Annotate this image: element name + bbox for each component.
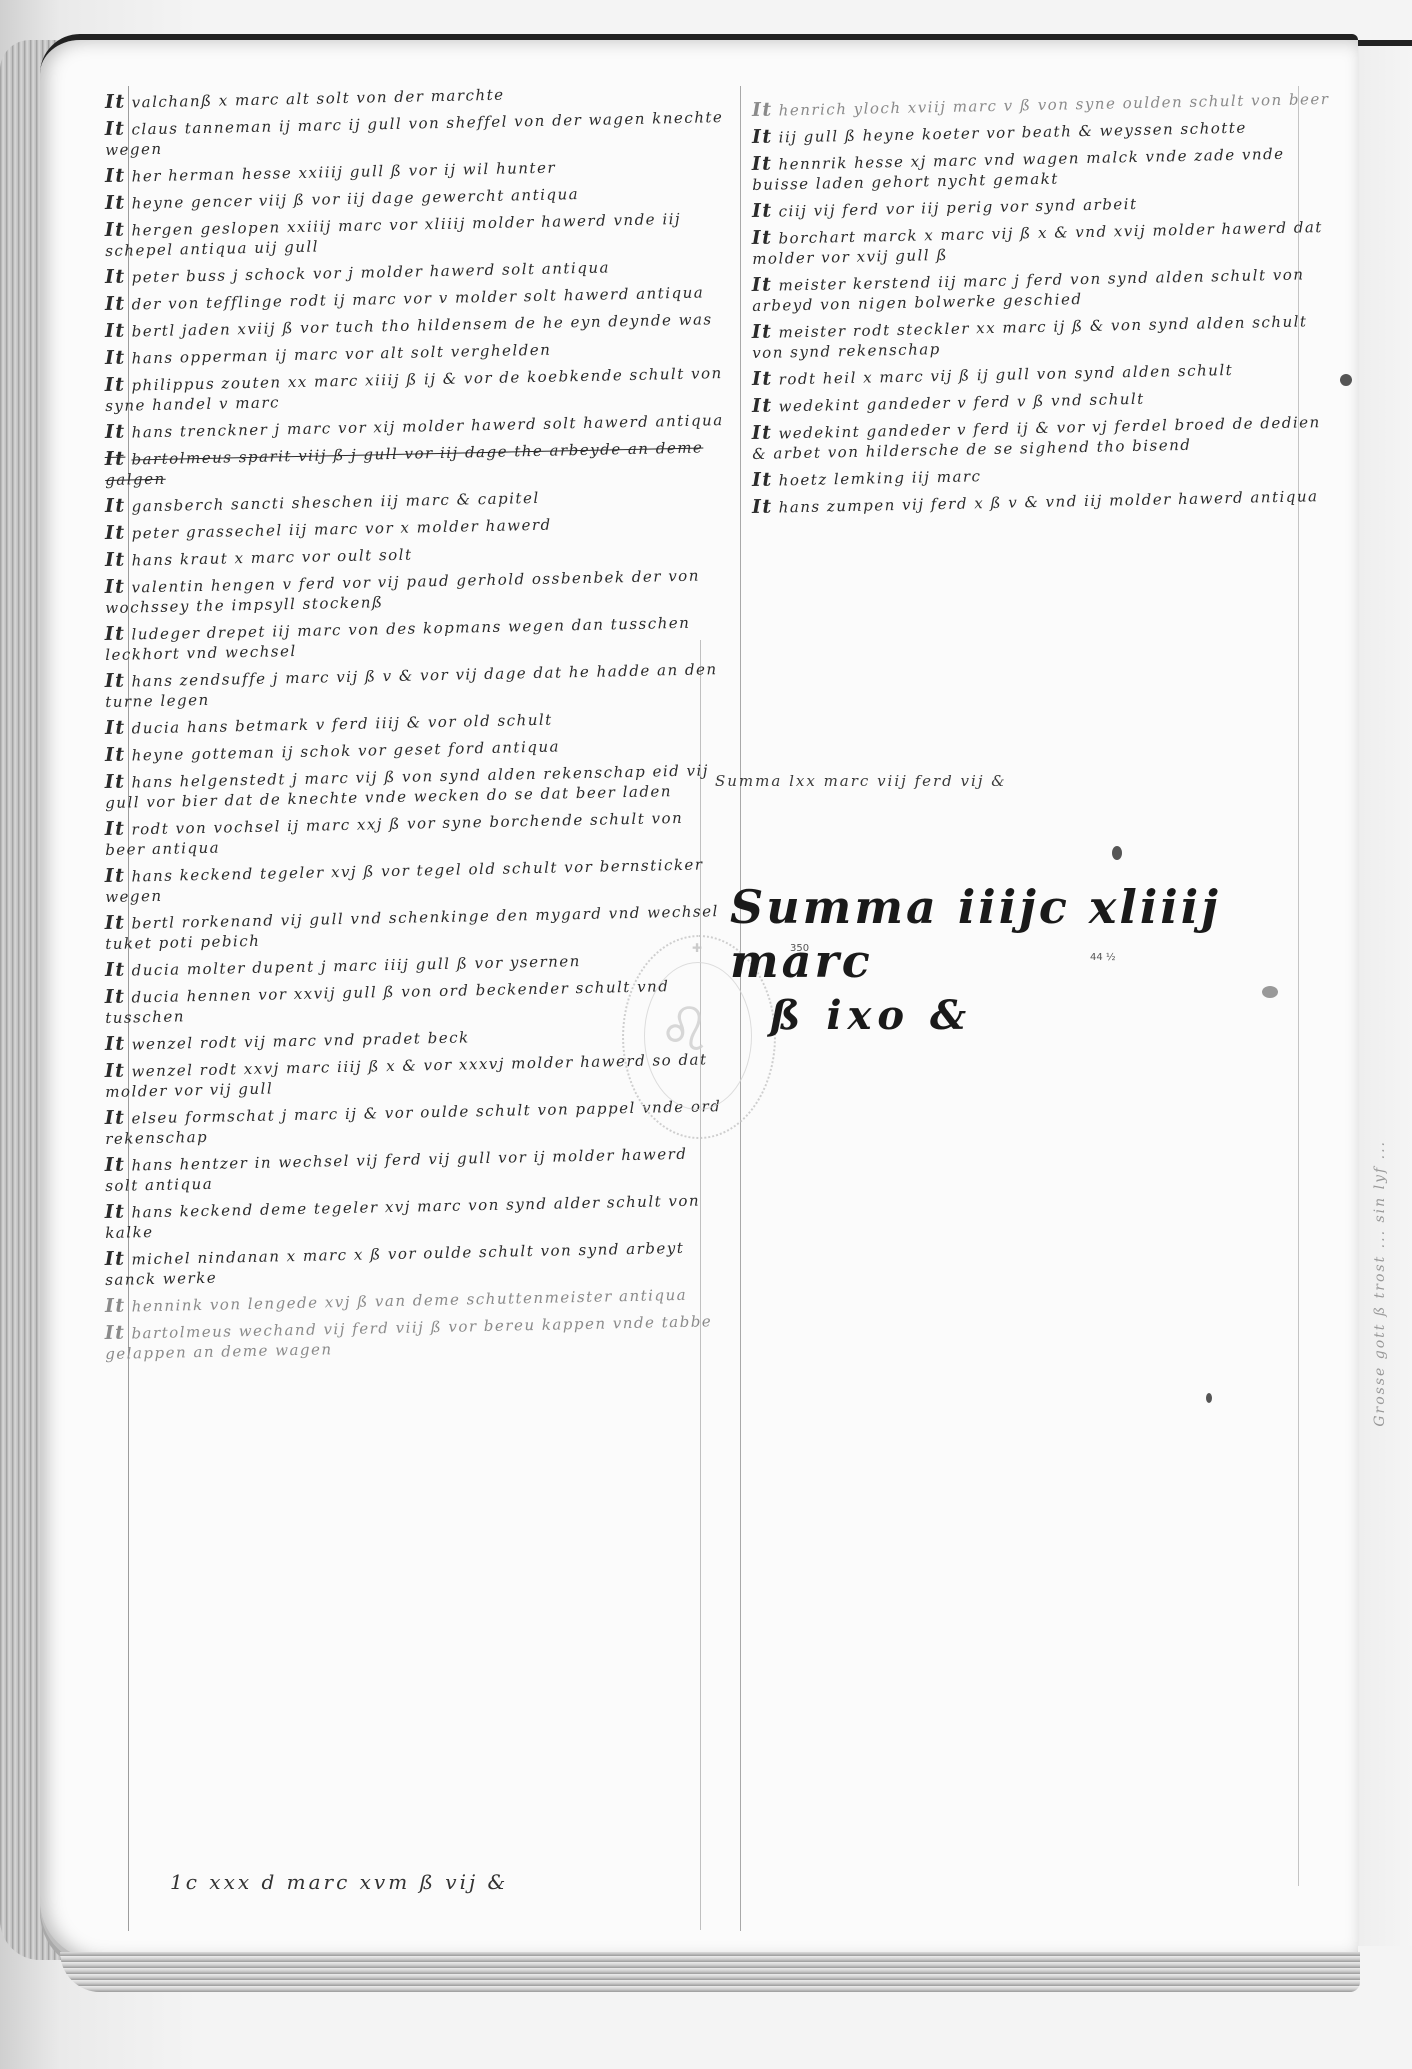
entry-item-marker: It: [752, 126, 773, 148]
entry-text: hans hentzer in wechsel vij ferd vij gul…: [105, 1145, 688, 1195]
entry-text: hans opperman ij marc vor alt solt vergh…: [131, 341, 551, 368]
entry-text: elseu formschat j marc ij & vor oulde sc…: [105, 1097, 721, 1148]
ledger-entry: Itbartolmeus wechand vij ferd viij ß vor…: [105, 1310, 726, 1364]
entry-item-marker: It: [105, 165, 126, 187]
entry-item-marker: It: [105, 623, 126, 645]
entry-item-marker: It: [105, 219, 126, 241]
ledger-entry: Itrodt von vochsel ij marc xxj ß vor syn…: [105, 806, 726, 860]
entry-item-marker: It: [105, 91, 126, 113]
ledger-entry: Itmichel nindanan x marc x ß vor oulde s…: [105, 1236, 726, 1290]
entry-text: hennink von lengede xvj ß van deme schut…: [131, 1286, 687, 1316]
entry-text: borchart marck x marc vij ß x & vnd xvij…: [752, 218, 1323, 268]
entry-item-marker: It: [105, 320, 126, 342]
entry-item-marker: It: [105, 1322, 126, 1344]
entry-text: wedekint gandeder v ferd v ß vnd schult: [778, 390, 1144, 416]
ink-blot: [1262, 986, 1278, 998]
ledger-entry: Itelseu formschat j marc ij & vor oulde …: [105, 1095, 726, 1149]
entry-item-marker: It: [105, 522, 126, 544]
ledger-entry: Itludeger drepet iij marc von des kopman…: [105, 611, 726, 665]
entry-item-marker: It: [105, 670, 126, 692]
entry-text: iij gull ß heyne koeter vor beath & weys…: [778, 119, 1246, 147]
ledger-entry: Ithans zumpen vij ferd x ß v & vnd iij m…: [752, 485, 1332, 518]
entry-item-marker: It: [105, 1060, 126, 1082]
entry-text: valchanß x marc alt solt von der marchte: [131, 86, 504, 112]
cross-icon: ✚: [692, 941, 702, 955]
entry-item-marker: It: [752, 496, 773, 518]
entry-item-marker: It: [105, 448, 126, 470]
entry-item-marker: It: [752, 153, 773, 175]
entry-item-marker: It: [105, 1295, 126, 1317]
entry-item-marker: It: [105, 1033, 126, 1055]
ledger-entry: Itbertl rorkenand vij gull vnd schenking…: [105, 900, 726, 954]
ledger-entry: Ithennrik hesse xj marc vnd wagen malck …: [752, 142, 1333, 195]
entry-item-marker: It: [105, 717, 126, 739]
entry-item-marker: It: [752, 227, 773, 249]
entry-item-marker: It: [105, 1248, 126, 1270]
entry-text: hergen geslopen xxiiij marc vor xliiij m…: [105, 210, 681, 260]
entry-text: hans keckend deme tegeler xvj marc von s…: [105, 1192, 700, 1242]
grand-total-line-1: Summa iiijc xliiij marc: [730, 880, 1330, 988]
entry-item-marker: It: [752, 469, 773, 491]
entry-text: her herman hesse xxiiij gull ß vor ij wi…: [131, 159, 556, 186]
entry-text: bartolmeus wechand vij ferd viij ß vor b…: [105, 1312, 712, 1363]
book-page-stack-bottom: [60, 1952, 1360, 1992]
ledger-entry: Itvalentin hengen v ferd vor vij paud ge…: [105, 564, 726, 618]
entry-text: hennrik hesse xj marc vnd wagen malck vn…: [752, 145, 1285, 194]
entry-item-marker: It: [105, 1201, 126, 1223]
entry-text: rodt heil x marc vij ß ij gull von synd …: [778, 361, 1233, 389]
ledger-entry: Itbartolmeus sparit viij ß j gull vor ii…: [105, 436, 726, 490]
entry-item-marker: It: [105, 576, 126, 598]
entry-text: ludeger drepet iij marc von des kopmans …: [105, 614, 690, 664]
entry-text: ducia molter dupent j marc iiij gull ß v…: [131, 952, 581, 979]
entry-item-marker: It: [105, 374, 126, 396]
footer-total: 1c xxx d marc xvm ß vij &: [170, 1870, 508, 1894]
entry-item-marker: It: [105, 865, 126, 887]
entry-text: wenzel rodt vij marc vnd pradet beck: [131, 1028, 469, 1053]
entry-item-marker: It: [105, 347, 126, 369]
lion-icon: ♌: [658, 995, 712, 1065]
entry-item-marker: It: [105, 266, 126, 288]
entry-text: peter grassechel iij marc vor x molder h…: [131, 516, 551, 543]
entry-item-marker: It: [105, 421, 126, 443]
entry-item-marker: It: [752, 422, 773, 444]
entry-text: bertl rorkenand vij gull vnd schenkinge …: [105, 902, 719, 953]
entry-item-marker: It: [105, 771, 126, 793]
ledger-entry: Itphilippus zouten xx marc xiiij ß ij & …: [105, 362, 726, 416]
entry-text: bartolmeus sparit viij ß j gull vor iij …: [105, 438, 703, 489]
grand-total-line-2: ß ixo &: [770, 992, 1330, 1039]
entry-item-marker: It: [752, 99, 773, 121]
entry-item-marker: It: [105, 495, 126, 517]
grand-total: Summa iiijc xliiij marc ß ixo &: [730, 880, 1330, 1039]
ink-blot: [1206, 1393, 1212, 1403]
pencil-note-44: 44 ½: [1090, 952, 1116, 963]
ledger-entry: Itmeister kerstend iij marc j ferd von s…: [752, 263, 1333, 316]
entry-item-marker: It: [105, 744, 126, 766]
entry-item-marker: It: [105, 959, 126, 981]
ledger-entry: Itclaus tanneman ij marc ij gull von she…: [105, 106, 726, 160]
entry-item-marker: It: [105, 912, 126, 934]
entry-text: meister kerstend iij marc j ferd von syn…: [752, 265, 1305, 315]
ink-blot: [1340, 374, 1352, 386]
entry-item-marker: It: [105, 986, 126, 1008]
entry-item-marker: It: [752, 200, 773, 222]
entry-item-marker: It: [105, 192, 126, 214]
right-column-entries: Ithenrich yloch xviij marc v ß von syne …: [752, 100, 1332, 524]
ledger-entry: Ithans zendsuffe j marc vij ß v & vor vi…: [105, 658, 726, 712]
entry-text: heyne gencer viij ß vor iij dage gewerch…: [131, 185, 579, 212]
ledger-entry: Ithans keckend tegeler xvj ß vor tegel o…: [105, 853, 726, 907]
entry-text: valentin hengen v ferd vor vij paud gerh…: [105, 567, 700, 617]
entry-text: wedekint gandeder v ferd ij & vor vj fer…: [752, 413, 1321, 463]
entry-item-marker: It: [105, 1107, 126, 1129]
pencil-note-350: 350: [790, 943, 809, 954]
ledger-entry: Itborchart marck x marc vij ß x & vnd xv…: [752, 216, 1333, 269]
entry-text: heyne gotteman ij schok vor geset ford a…: [131, 737, 560, 764]
entry-item-marker: It: [752, 395, 773, 417]
entry-text: meister rodt steckler xx marc ij ß & von…: [752, 312, 1308, 362]
entry-item-marker: It: [105, 118, 126, 140]
entry-text: philippus zouten xx marc xiiij ß ij & vo…: [105, 364, 723, 415]
ledger-entry: Ithans helgenstedt j marc vij ß von synd…: [105, 759, 726, 813]
entry-item-marker: It: [105, 818, 126, 840]
left-column-entries: Itvalchanß x marc alt solt von der march…: [105, 92, 725, 1370]
entry-text: michel nindanan x marc x ß vor oulde sch…: [105, 1239, 684, 1289]
entry-text: hans zendsuffe j marc vij ß v & vor vij …: [105, 660, 718, 711]
entry-text: peter buss j schock vor j molder hawerd …: [131, 258, 610, 286]
entry-item-marker: It: [105, 1154, 126, 1176]
right-column-subtotal: Summa lxx marc viij ferd vij &: [715, 772, 1007, 790]
entry-text: hoetz lemking iij marc: [778, 467, 981, 489]
entry-text: wenzel rodt xxvj marc iiij ß x & vor xxx…: [105, 1050, 708, 1101]
ledger-entry: Itwedekint gandeder v ferd ij & vor vj f…: [752, 411, 1333, 464]
entry-item-marker: It: [752, 321, 773, 343]
ledger-entry: Itmeister rodt steckler xx marc ij ß & v…: [752, 310, 1333, 363]
entry-item-marker: It: [105, 549, 126, 571]
entry-text: gansberch sancti sheschen iij marc & cap…: [131, 489, 539, 516]
entry-item-marker: It: [105, 293, 126, 315]
entry-text: der von tefflinge rodt ij marc vor v mol…: [131, 283, 704, 313]
entry-text: hans zumpen vij ferd x ß v & vnd iij mol…: [778, 487, 1318, 516]
entry-text: hans keckend tegeler xvj ß vor tegel old…: [105, 855, 704, 906]
adjacent-page-margin-note: Grosse gott ß trost ... sin lyf ...: [1372, 1140, 1388, 1427]
entry-item-marker: It: [752, 368, 773, 390]
entry-text: claus tanneman ij marc ij gull von sheff…: [105, 108, 723, 159]
entry-text: ducia hans betmark v ferd iiij & vor old…: [131, 711, 552, 738]
entry-item-marker: It: [752, 274, 773, 296]
entry-text: rodt von vochsel ij marc xxj ß vor syne …: [105, 809, 683, 859]
entry-text: bertl jaden xviij ß vor tuch tho hildens…: [131, 310, 712, 340]
ledger-entry: Ithans hentzer in wechsel vij ferd vij g…: [105, 1142, 726, 1196]
entry-text: hans helgenstedt j marc vij ß von synd a…: [105, 761, 709, 812]
ledger-entry: Ithergen geslopen xxiiij marc vor xliiij…: [105, 207, 726, 261]
entry-text: ciij vij ferd vor iij perig vor synd arb…: [778, 195, 1137, 221]
entry-text: ducia hennen vor xxvij gull ß von ord be…: [105, 977, 669, 1027]
ink-blot: [1112, 846, 1122, 860]
entry-text: hans kraut x marc vor oult solt: [131, 546, 412, 570]
ledger-entry: Ithans keckend deme tegeler xvj marc von…: [105, 1189, 726, 1243]
